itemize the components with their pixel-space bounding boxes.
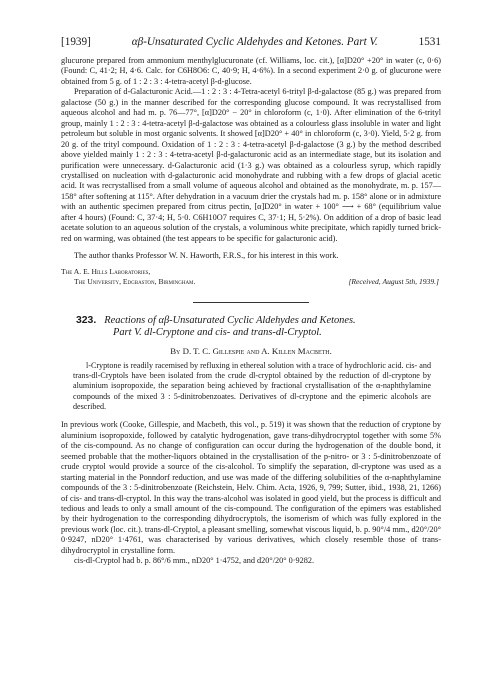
- article-body: In previous work (Cooke, Gillespie, and …: [61, 420, 441, 566]
- received-date: [Received, August 5th, 1939.]: [348, 277, 439, 287]
- article-authors: By D. T. C. Gillespie and A. Killen Macb…: [61, 346, 441, 356]
- running-head: [1939] αβ-Unsaturated Cyclic Aldehydes a…: [61, 36, 441, 48]
- section-divider: [193, 302, 309, 303]
- article-number: 323.: [76, 315, 96, 326]
- paragraph: glucurone prepared from ammonium menthyl…: [61, 56, 441, 87]
- article-abstract: l-Cryptone is readily racemised by reflu…: [73, 361, 431, 413]
- affiliation-address: The A. E. Hills Laboratories, The Univer…: [61, 267, 441, 287]
- page-number: 1531: [419, 36, 441, 48]
- acknowledgement: The author thanks Professor W. N. Hawort…: [74, 251, 441, 261]
- paragraph: cis-dl-Cryptol had b. p. 86°/6 mm., nD20…: [61, 556, 441, 566]
- paragraph: Preparation of d-Galacturonic Acid.—1 : …: [61, 87, 441, 244]
- article-title-line-1: Reactions of αβ-Unsaturated Cyclic Aldeh…: [104, 315, 355, 326]
- paragraph: In previous work (Cooke, Gillespie, and …: [61, 420, 441, 556]
- journal-page: [1939] αβ-Unsaturated Cyclic Aldehydes a…: [61, 36, 441, 567]
- previous-article-tail: glucurone prepared from ammonium menthyl…: [61, 56, 441, 287]
- article-title-line-2: Part V. dl-Cryptone and cis- and trans-d…: [76, 327, 441, 340]
- running-head-year: [1939]: [61, 36, 91, 48]
- running-head-title: αβ-Unsaturated Cyclic Aldehydes and Keto…: [132, 36, 378, 48]
- article-heading: 323.Reactions of αβ-Unsaturated Cyclic A…: [61, 315, 441, 340]
- address-line-1: The A. E. Hills Laboratories,: [61, 267, 441, 277]
